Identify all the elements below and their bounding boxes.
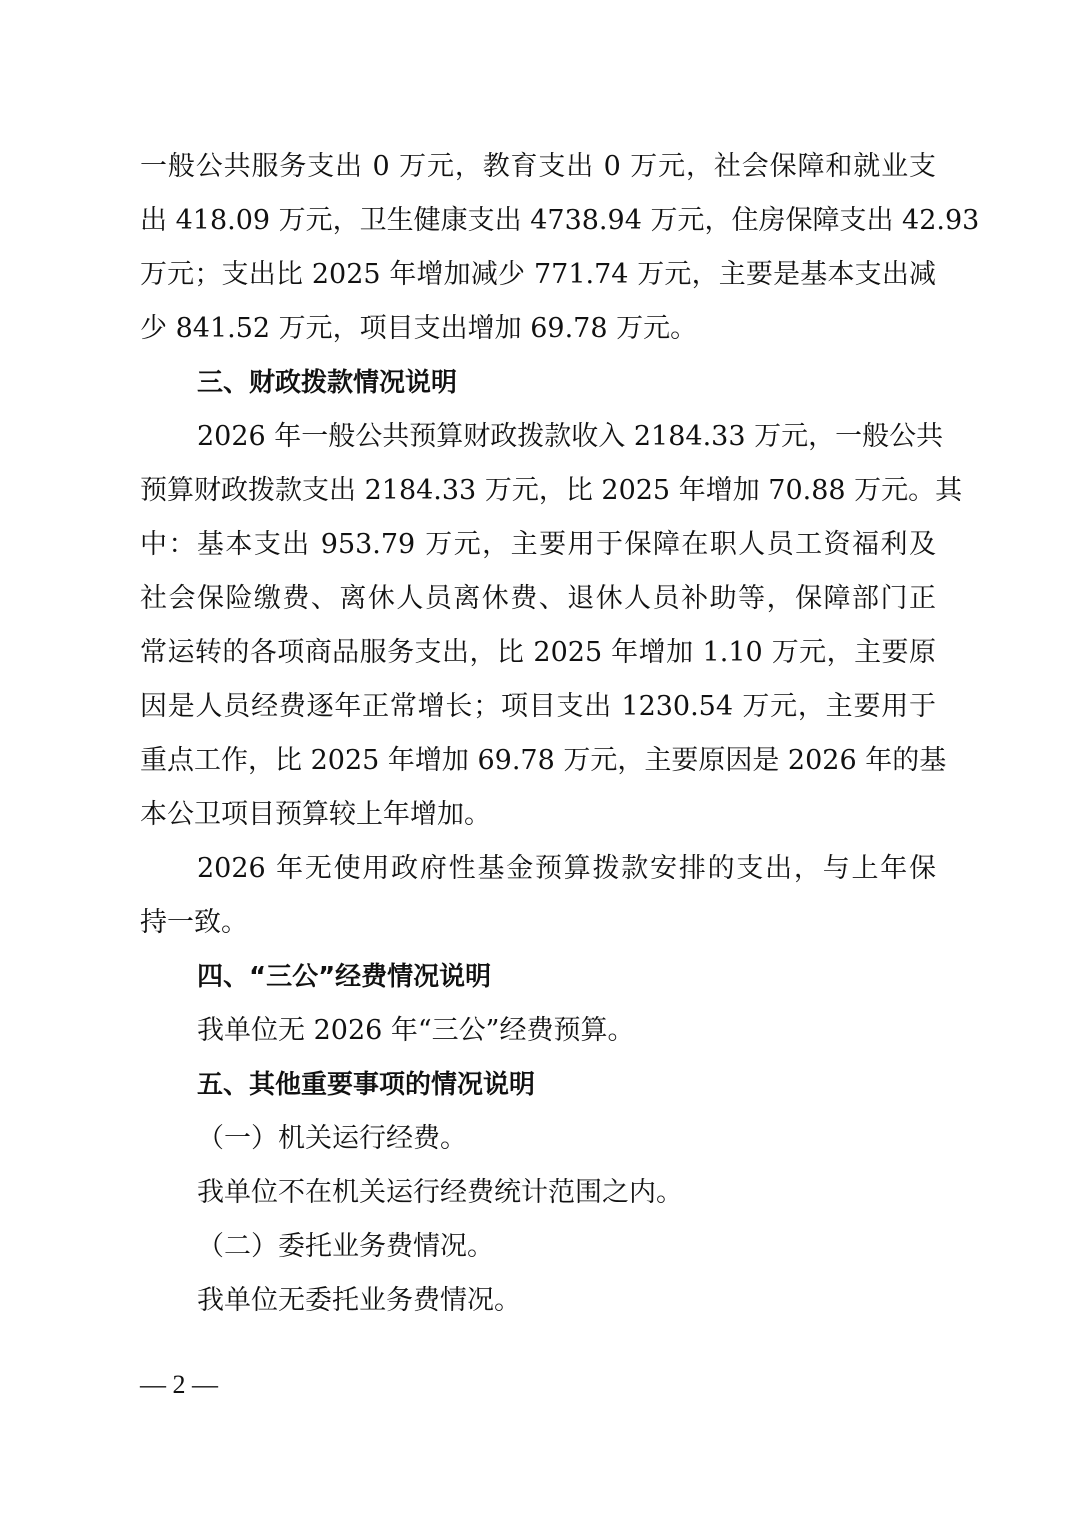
section-heading-5: 五、其他重要事项的情况说明 <box>197 1058 535 1112</box>
paragraph-line: 本公卫项目预算较上年增加。 <box>140 788 491 842</box>
paragraph-line: 我单位无 2026 年“三公”经费预算。 <box>197 1004 634 1058</box>
paragraph-line: 我单位无委托业务费情况。 <box>197 1274 521 1328</box>
paragraph-line: 因是人员经费逐年正常增长；项目支出 1230.54 万元，主要用于 <box>140 680 936 734</box>
page-number: — 2 — <box>140 1370 218 1400</box>
paragraph-line: 出 418.09 万元，卫生健康支出 4738.94 万元，住房保障支出 42.… <box>140 194 936 248</box>
paragraph-line: 少 841.52 万元，项目支出增加 69.78 万元。 <box>140 302 697 356</box>
paragraph-line: 重点工作，比 2025 年增加 69.78 万元，主要原因是 2026 年的基 <box>140 734 936 788</box>
subsection-heading-1: （一）机关运行经费。 <box>197 1112 467 1166</box>
paragraph-line: 社会保险缴费、离休人员离休费、退休人员补助等，保障部门正 <box>140 572 936 626</box>
section-heading-4: 四、“三公”经费情况说明 <box>197 950 491 1004</box>
subsection-heading-2: （二）委托业务费情况。 <box>197 1220 494 1274</box>
section-heading-3: 三、财政拨款情况说明 <box>197 356 457 410</box>
paragraph-line: 我单位不在机关运行经费统计范围之内。 <box>197 1166 683 1220</box>
paragraph-line: 2026 年一般公共预算财政拨款收入 2184.33 万元，一般公共 <box>197 410 936 464</box>
paragraph-line: 一般公共服务支出 0 万元，教育支出 0 万元，社会保障和就业支 <box>140 140 936 194</box>
paragraph-line: 预算财政拨款支出 2184.33 万元，比 2025 年增加 70.88 万元。… <box>140 464 936 518</box>
paragraph-line: 常运转的各项商品服务支出，比 2025 年增加 1.10 万元，主要原 <box>140 626 936 680</box>
paragraph-line: 持一致。 <box>140 896 248 950</box>
paragraph-line: 万元；支出比 2025 年增加减少 771.74 万元，主要是基本支出减 <box>140 248 936 302</box>
paragraph-line: 2026 年无使用政府性基金预算拨款安排的支出，与上年保 <box>197 842 936 896</box>
paragraph-line: 中：基本支出 953.79 万元，主要用于保障在职人员工资福利及 <box>140 518 936 572</box>
